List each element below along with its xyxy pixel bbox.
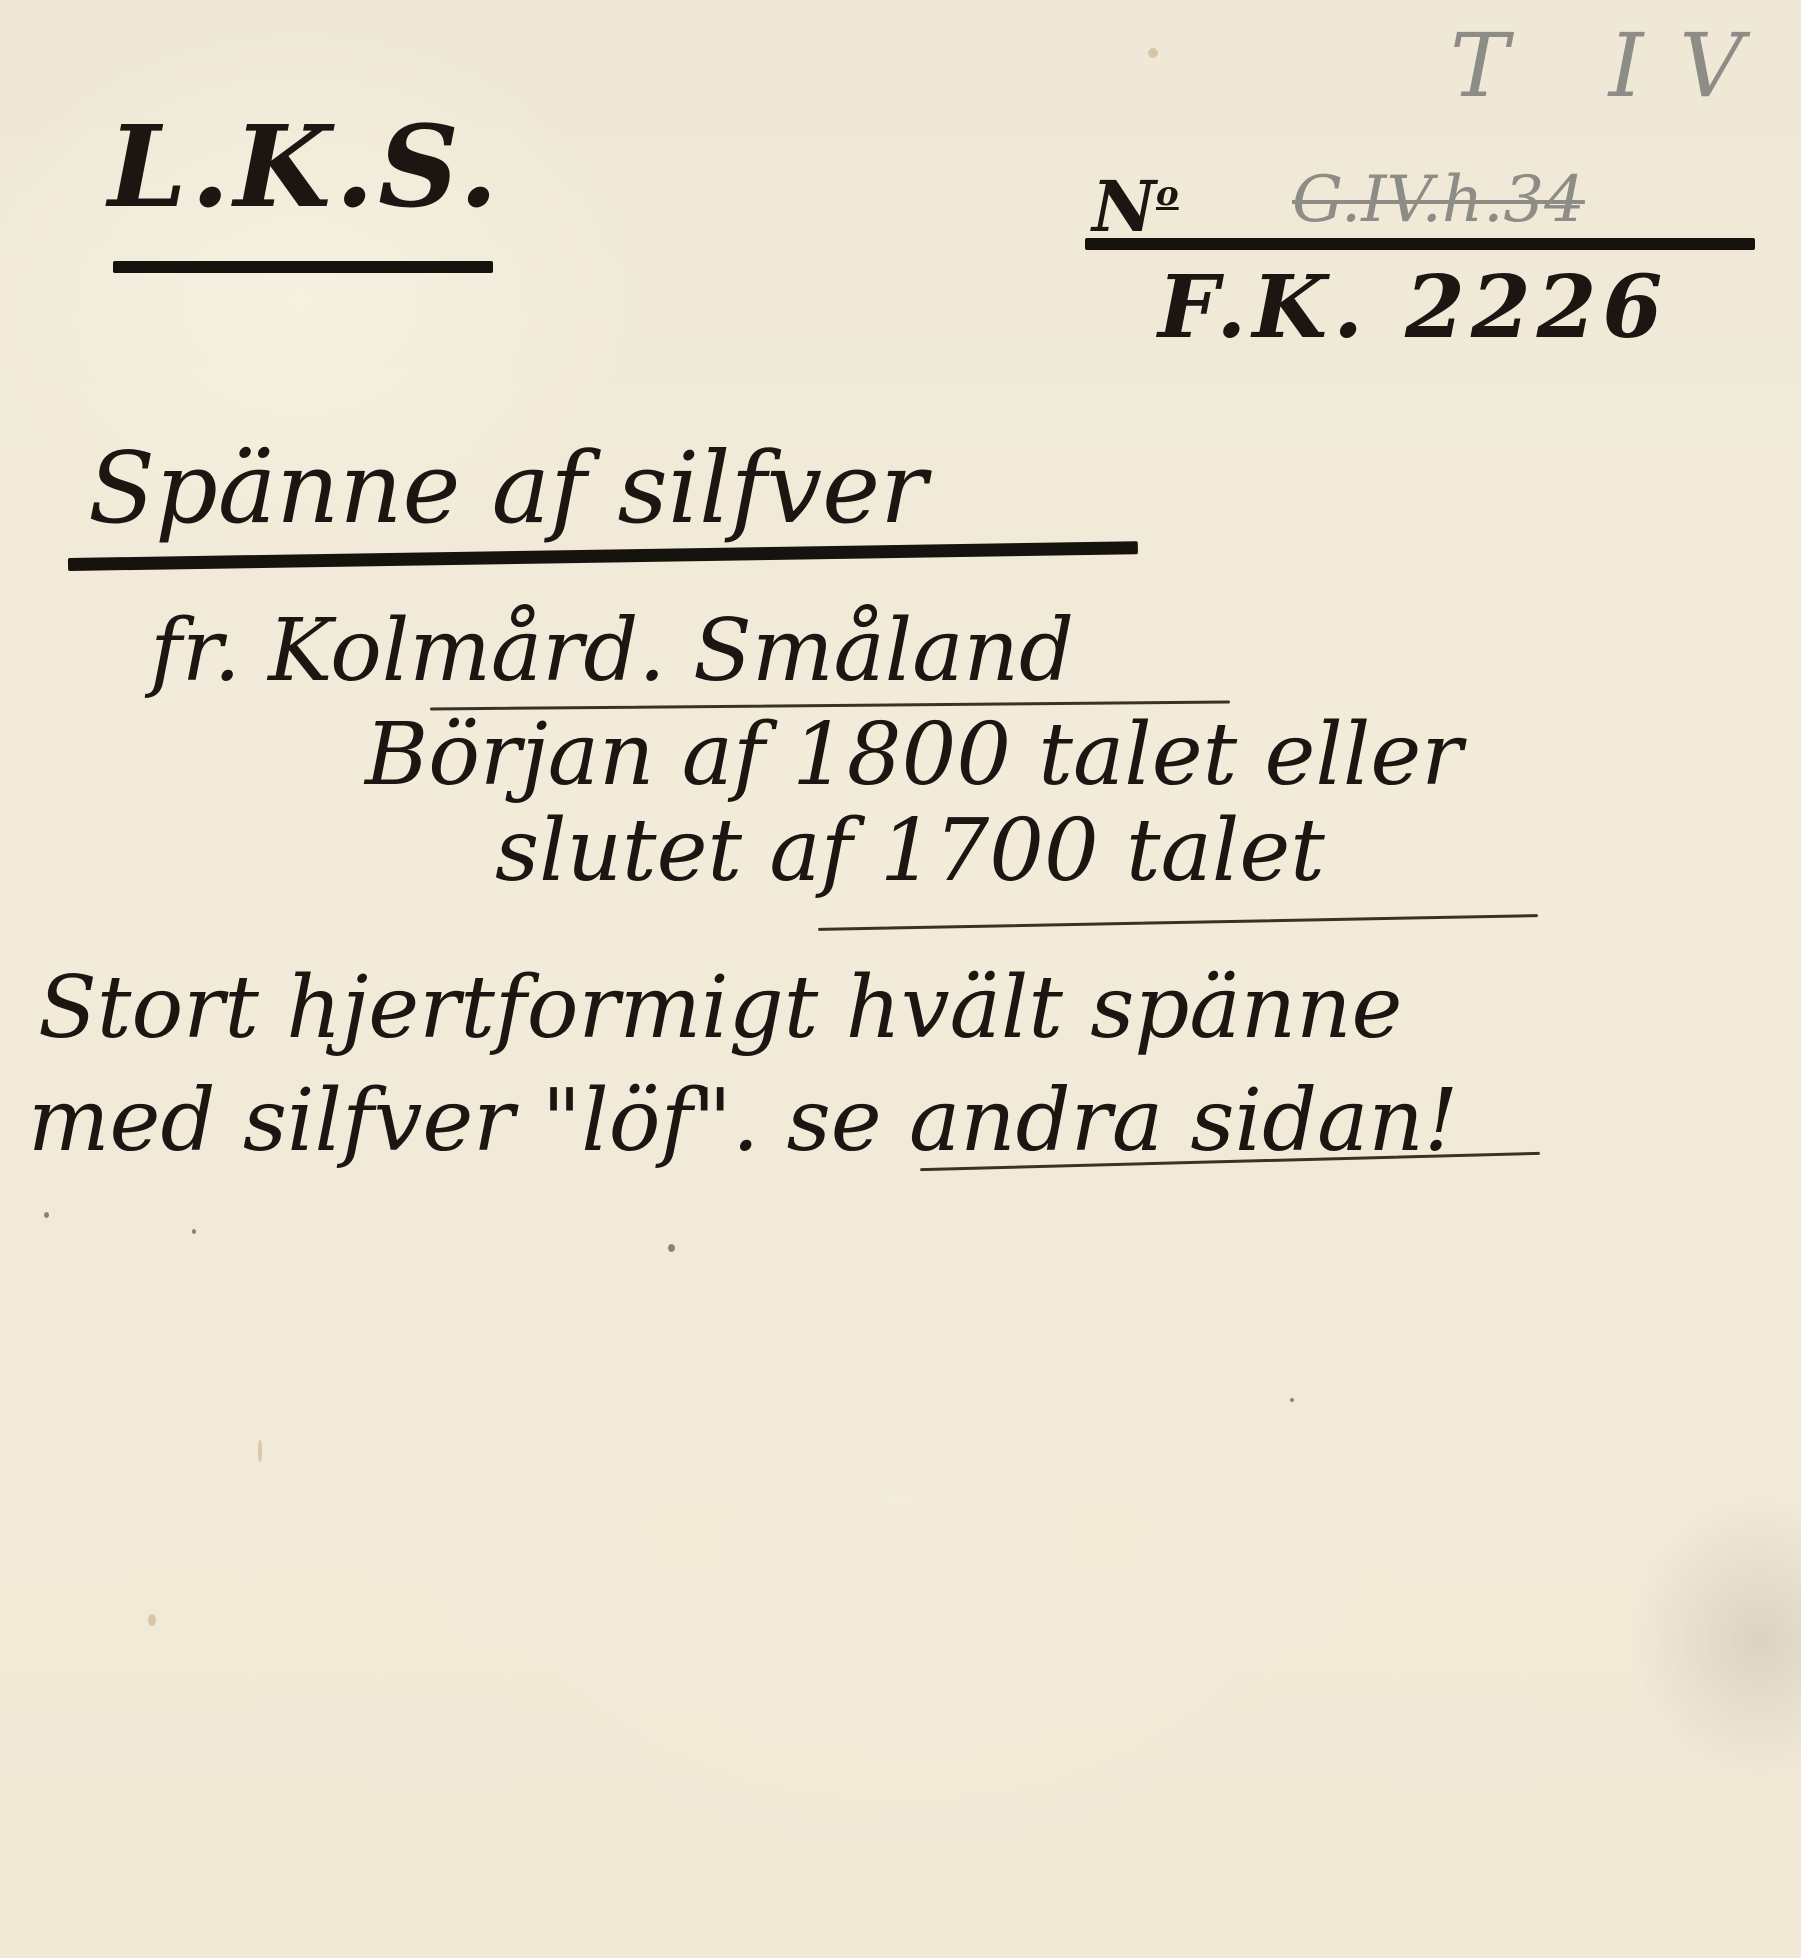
old-number-struck-through: G.IV.h.34 <box>1292 168 1585 232</box>
paper-speck <box>192 1229 196 1234</box>
pencil-classification: T IV f. <box>1450 22 1801 110</box>
paper-speck <box>44 1212 49 1218</box>
number-label-letter: N <box>1092 165 1156 248</box>
paper-speck <box>668 1244 675 1252</box>
catalog-card: L.K.S. No T IV f. G.IV.h.34 F.K. 2226 Sp… <box>0 0 1801 1958</box>
dating-line-1: Början af 1800 talet eller <box>365 712 1462 798</box>
paper-stain <box>148 1614 156 1626</box>
current-catalog-number: F.K. 2226 <box>1158 265 1668 351</box>
paper-speck <box>1290 1398 1294 1402</box>
paper-stain <box>1148 48 1158 58</box>
dating-line-2: slutet af 1700 talet <box>495 808 1325 894</box>
description-line-2: med silfver "löf". se andra sidan! <box>28 1078 1458 1164</box>
provenance: fr. Kolmård. Småland <box>150 608 1074 694</box>
description-line-1: Stort hjertformigt hvält spänne <box>38 965 1402 1051</box>
paper-stain <box>258 1440 262 1462</box>
dating-underline <box>818 914 1538 931</box>
number-label: No <box>1092 172 1179 242</box>
monogram-underline <box>113 261 493 273</box>
number-label-superscript: o <box>1156 174 1179 214</box>
object-title: Spänne af silfver <box>88 440 927 538</box>
collection-monogram: L.K.S. <box>108 112 502 224</box>
number-divider <box>1085 238 1755 250</box>
